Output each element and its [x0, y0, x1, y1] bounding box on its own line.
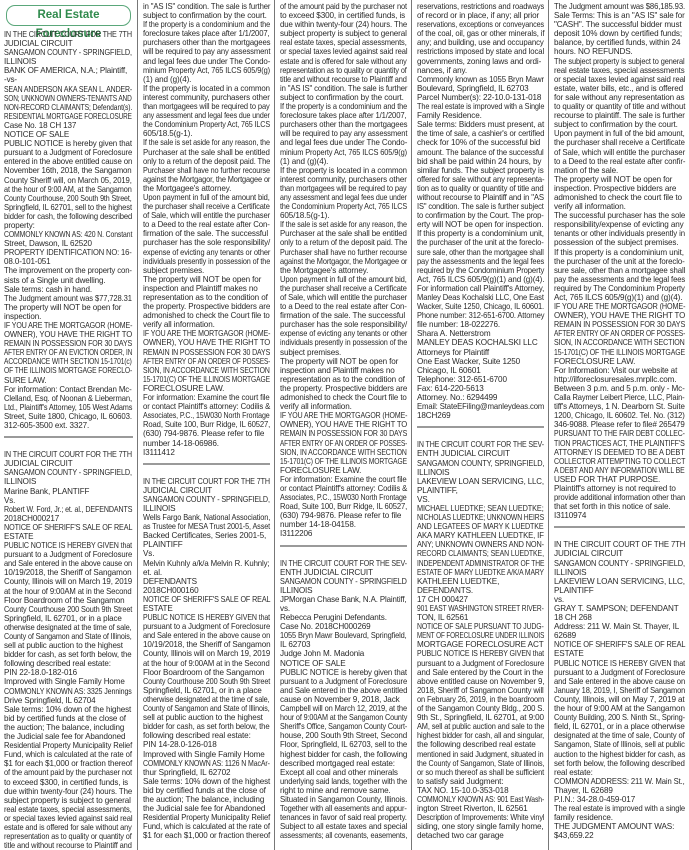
notice-text-line: inspection. Prospective bidders are: [554, 184, 685, 193]
notice-text-line: real estate taxes, special assessments: [554, 66, 681, 75]
notice-text-line: admonished to check the court file to: [554, 193, 685, 202]
notice-text-line: individuals presently in possession of t…: [143, 257, 257, 266]
notice-text-line: IN THE CIRCUIT COURT FOR THE 7TH: [4, 450, 119, 459]
notice-text-line: Phone number: 312-651-6700. Attorney: [417, 311, 534, 320]
notice-text-line: verify all information.: [554, 202, 685, 211]
notice-text-line: Email: StateEFiling@manleydeas.com: [417, 402, 537, 411]
notice-text-line: set forth below, the following described: [554, 759, 681, 768]
notice-text-line: Case No. 2018CH000269: [280, 622, 407, 631]
notice-text-line: mation of the sale.: [554, 166, 685, 175]
notice-text-line: OWNER), YOU HAVE THE RIGHT TO: [143, 338, 262, 347]
notice-text-line: right to mine and remove same.: [280, 786, 407, 795]
notice-text-line: NOTICE OF SALE PURSUANT TO JUDG-: [417, 622, 524, 631]
newspaper-page: Real Estate Foreclosure IN THE CIRCUIT C…: [0, 0, 689, 850]
notice-text-line: PUBLIC NOTICE is hereby given that: [4, 139, 130, 148]
notice-text-line: sure sale, other than the mortgagee shal…: [417, 248, 530, 257]
notice-text-line: The real estate is improved with a Singl…: [417, 102, 531, 111]
notice-text-line: at the hour of 9:00AM at in the Second: [4, 587, 126, 596]
notice-text-line: restrictions imposed by state and local: [417, 47, 538, 56]
notice-text-line: pursuant to a Judgment of Foreclosure: [4, 148, 126, 157]
notice-text-line: Improved with Single Family Home: [4, 677, 132, 686]
notice-text-line: OWNER), YOU HAVE THE RIGHT TO: [280, 420, 399, 429]
notice-text-line: or special taxes levied against said rea…: [4, 814, 125, 823]
notice-text-line: purchasers other than the mortgagees: [143, 38, 264, 47]
notice-text-line: any; and building, use and occupancy: [417, 38, 539, 47]
legal-notice: IN THE CIRCUIT COURT OF THE 7THJUDICIAL …: [554, 540, 685, 840]
notice-text-line: representation as to quality or quantity…: [280, 66, 394, 75]
notice-text-line: ESTATE: [4, 532, 132, 541]
notice-text-line: cause on November 9, 2018, Jack: [280, 695, 407, 704]
notice-text-line: Drive Springfield, IL 62704: [4, 696, 132, 705]
notice-text-line: thur Springfield, IL 62702: [143, 768, 270, 777]
notice-text-line: Clelland, Esq. of Noonan & Lieberman,: [4, 394, 125, 403]
notice-text-line: interest community, purchasers other: [143, 93, 268, 102]
notice-text-line: RECORD CLAIMANTS; SEAN LUEDTKE,: [417, 549, 525, 558]
notice-text-line: TON, IL 62561: [417, 613, 544, 622]
notice-text-line: subject property is subject to general: [4, 796, 132, 805]
notice-text-line: reservations, restrictions and roadways: [417, 2, 536, 11]
notice-text-line: 2018, Sheriff of Sangamon County will: [417, 686, 537, 695]
notice-text-line: bid shall be paid within 24 hours, by: [417, 157, 544, 166]
notice-text-line: Springfield, IL 62701, or in a place: [143, 686, 270, 695]
notice-text-line: JUDICIAL CIRCUIT: [4, 459, 132, 468]
notice-text-line: IL 62703: [280, 640, 407, 649]
notice-text-line: BANK OF AMERICA, N.A.; Plaintiff,: [4, 66, 132, 75]
notice-text-line: Purchaser shall have no further recourse: [280, 248, 394, 257]
notice-text-line: to quality or quantity of title and with…: [554, 102, 681, 111]
notice-text-line: IN THE CIRCUIT COURT FOR THE SEV-: [417, 440, 527, 449]
notice-text-line: COMMONLY KNOWN AS: 1126 N MacAr-: [143, 759, 252, 768]
notice-text-line: IN THE CIRCUIT COURT FOR THE 7TH: [143, 477, 255, 486]
notice-text-line: above entitled cause on November 9,: [417, 677, 541, 686]
notice-text-line: otherwise designated at the time of sale…: [143, 695, 257, 704]
notice-text-line: Campbell will on March 12, 2019, at the: [280, 704, 397, 713]
notice-text-line: DEFENDANTS.: [417, 586, 544, 595]
notice-text-line: IF YOU ARE THE MORTGAGOR (HOME-: [4, 321, 116, 330]
notice-text-line: and Sale entered by the Court in the: [417, 668, 544, 677]
notice-text-line: I3111412: [143, 448, 270, 457]
notice-text-line: reservations, exceptions or conveyances: [417, 20, 531, 29]
notice-text-line: $1 for each $1,000 or fraction thereof: [143, 831, 268, 840]
notice-text-line: JUDICIAL CIRCUIT: [554, 549, 685, 558]
notice-text-line: PUBLIC NOTICE IS HEREBY GIVEN that: [4, 541, 116, 550]
notice-text-line: 1055 Bryn Mawr Boulevard, Springfield,: [280, 631, 396, 640]
notice-text-line: OF THE ILLINOIS MORTGAGE FORECLO-: [4, 366, 111, 375]
notice-text-line: The successful purchaser has the sole: [554, 211, 682, 220]
notice-text-line: of Sale, which will entitle the purchase…: [554, 148, 681, 157]
notice-text-line: Wells Fargo Bank, National Association,: [143, 513, 259, 522]
notice-text-line: The property will NOT be open for: [4, 303, 132, 312]
notice-text-line: REMAIN IN POSSESSION FOR 30 DAYS: [4, 339, 116, 348]
notice-text-line: sell at public auction to the highest: [4, 641, 132, 650]
notice-text-line: and Sale entered in the above cause on: [143, 631, 259, 640]
notice-text-line: sell at public auction to the highest: [143, 713, 270, 722]
notice-text-line: Ltd., Plaintiff's Attorney, 105 West Ada…: [4, 403, 120, 412]
notice-text-line: field, IL 62701, or in a place otherwise: [554, 722, 684, 731]
notice-text-line: If the sale is set aside for any reason,…: [280, 220, 393, 229]
notice-text-line: on February 26, 2019, in the boardroom: [417, 695, 533, 704]
notice-text-line: 901 EAST WASHINGTON STREET RIVER-: [417, 604, 521, 613]
notice-text-line: et. al.: [143, 568, 270, 577]
notice-text-line: foreclosure takes place after 1/1/2007,: [143, 29, 263, 38]
notice-text-line: bid by certified funds at the close of: [143, 786, 270, 795]
notice-text-line: For Information: Visit our website at: [554, 366, 685, 375]
notice-text-line: NOTICE OF SHERIFF'S SALE OF REAL: [143, 595, 255, 604]
notice-text-line: auction to the highest bidder for cash, …: [554, 750, 676, 759]
notice-text-line: and Sale entered in the above entitled: [280, 686, 402, 695]
notice-text-line: Purchaser at the sale shall be entitled: [280, 229, 403, 238]
legal-notice: IN THE CIRCUIT COURT FOR THE 7THJUDICIAL…: [4, 30, 133, 430]
notice-text-line: Between 3 p.m. and 5 p.m. only - Mc-: [554, 384, 685, 393]
legal-notice-continued: reservations, restrictions and roadwayso…: [417, 2, 544, 420]
notice-text-line: the time of sale, a cashier's or certifi…: [417, 129, 538, 138]
notice-text-line: NOTICE OF SALE: [280, 659, 407, 668]
notice-text-line: P.I.N.: 34-28.0-459-017: [554, 795, 685, 804]
notice-text-line: County of Sangamon and State of Illinois…: [143, 704, 254, 713]
notice-text-line: and legal fees due under The Condo-: [280, 138, 404, 147]
notice-text-line: the purchaser shall receive a Certificat…: [554, 138, 678, 147]
notice-text-line: Case No. 18 CH 137: [4, 121, 132, 130]
notice-text-line: If this property is a condominium unit,: [417, 229, 541, 238]
notice-text-line: Family Residence.: [417, 111, 544, 120]
notice-text-line: bidder for cash, the following described: [4, 212, 125, 221]
notice-text-line: firmation of the sale. The successful: [143, 229, 270, 238]
notice-text-line: minium Property Act, 765 ILCS 605/9(g): [280, 148, 396, 157]
notice-text-line: Residential Property Municipality Relief: [4, 741, 125, 750]
notice-text-line: 08.0-101-051: [4, 257, 132, 266]
notice-text-line: or special taxes levied against said rea…: [280, 47, 399, 56]
notice-text-line: SANGAMON COUNTY - SPRINGFIELD,: [143, 495, 255, 504]
notice-text-line: http://ilforeclosuresales.mrpllc.com.: [554, 375, 685, 384]
notice-text-line: pursuant to a Judgment of Foreclosure: [554, 668, 681, 677]
notice-text-line: ILLINOIS: [4, 477, 132, 486]
notice-text-line: title and without recourse to Plaintiff …: [4, 841, 123, 850]
notice-text-line: foreclosure takes place after 1/1/2007,: [280, 111, 400, 120]
notice-text-line: Attorneys for Plaintiff: [417, 348, 544, 357]
notice-text-line: 9th St., Springfield, IL 62701, at 9:00: [417, 713, 544, 722]
notice-text-line: estate and is offered for sale without a…: [4, 823, 121, 832]
legal-notice: IN THE CIRCUIT COURT FOR THE SEV-ENTH JU…: [280, 559, 407, 841]
notice-text-line: only to a return of the deposit paid. Th…: [143, 157, 262, 166]
notice-text-line: 15-1701(C) OF THE ILLINOIS MORTGAGE: [143, 375, 248, 384]
notice-text-line: to exceed $300, in certified funds, is: [280, 11, 407, 20]
notice-text-line: ington Street Riverton, IL 62561: [417, 804, 544, 813]
notice-text-line: ACCORDANCE WITH SECTION 15-1701(c): [4, 357, 109, 366]
notice-text-line: hours. NO REFUNDS.: [554, 47, 685, 56]
notice-text-line: required by the Condominium Property: [417, 266, 536, 275]
notice-text-line: mentioned in said Judgment, situated in: [417, 750, 533, 759]
notice-text-line: Parcel Number(s): 22-10.0-131-018: [417, 93, 544, 102]
notice-text-line: One East Wacker, Suite 1250: [417, 357, 544, 366]
notice-text-line: Upon payment in full of the amount bid,: [280, 275, 398, 284]
notice-text-line: and legal fees due under The Condo-: [143, 57, 267, 66]
notice-text-line: amount. The balance of the successful: [417, 148, 536, 157]
notice-text-line: REMAIN IN POSSESSION FOR 30 DAYS: [280, 429, 389, 438]
notice-text-line: inspection and Plaintiff makes no: [143, 284, 270, 293]
notice-text-line: following described real estate:: [4, 659, 132, 668]
notice-text-line: subject property is subject to general: [280, 29, 406, 38]
notice-text-line: ATTORNEY IS DEEMED TO BE A DEBT: [554, 448, 673, 457]
notice-text-line: family residence.: [554, 813, 685, 822]
notice-text-line: NOTICE OF SHERIFF'S SALE OF REAL: [554, 640, 673, 649]
notice-text-line: highest bidder for cash, all and singula…: [417, 731, 534, 740]
notice-text-line: AFTER ENTRY OF AN EVICTION ORDER, IN: [4, 348, 105, 357]
notice-text-line: purchaser has the sole responsibility/: [280, 320, 405, 329]
notice-text-line: IF YOU ARE THE MORTGAGOR (HOME-: [554, 302, 670, 311]
notice-text-line: representation as to quality or quantity…: [4, 832, 120, 841]
notice-text-line: Sale terms: 10% down of the highest: [4, 705, 132, 714]
notice-text-line: for sale without any representation as: [554, 93, 685, 102]
notice-text-line: verify all information.: [143, 320, 270, 329]
legal-notice: IN THE CIRCUIT COURT FOR THE 7THJUDICIAL…: [143, 477, 270, 841]
notice-text-line: subject premises.: [143, 266, 270, 275]
notice-text-line: Road, Suite 100, Burr Ridge, IL 60527,: [143, 420, 262, 429]
notice-text-line: FORECLOSURE LAW.: [143, 384, 270, 393]
notice-text-line: TION PRACTICES ACT, THE PLAINTIFF'S: [554, 439, 667, 448]
notice-text-line: at the hour of 9:00 AM, at the Sangamon: [4, 185, 120, 194]
notice-text-line: vs.: [280, 604, 407, 613]
notice-text-line: IS" condition. The sale is further subje…: [417, 202, 534, 211]
notice-text-line: LAKEVIEW LOAN SERVICING, LLC,: [554, 577, 685, 586]
notice-text-line: due within twenty-four (24) hours. The: [4, 787, 129, 796]
notice-text-line: as Trustee for MESA Trust 2001-5, Asset: [143, 522, 257, 531]
notice-text-line: For information: Examine the court file: [143, 393, 264, 402]
notice-text-line: JUDICIAL CIRCUIT: [143, 486, 270, 495]
notice-text-line: DEFENDANTS: [143, 577, 270, 586]
notice-text-line: County, Illinois will on March 19, 2019: [4, 577, 130, 586]
notice-text-line: Telephone: 312-651-6700: [417, 375, 544, 384]
notice-text-line: similar funds. The subject property is: [417, 166, 543, 175]
notice-text-line: $1 for each $1,000 or fraction thereof: [4, 759, 132, 768]
notice-text-line: If this property is a condominium unit,: [554, 248, 685, 257]
notice-text-line: offered for sale without any representa-: [417, 175, 536, 184]
notice-text-line: Vs.: [143, 549, 270, 558]
notice-text-line: NOTICE OF SHERIFF'S SALE OF REAL: [4, 523, 119, 532]
notice-text-line: ENTH JUDICIAL CIRCUIT: [417, 449, 544, 458]
notice-divider: [417, 426, 544, 428]
notice-text-line: The real estate is improved with a singl…: [554, 804, 677, 813]
notice-text-line: Purchaser at the sale shall be entitled: [143, 148, 266, 157]
notice-text-line: 17 CH 000427: [417, 595, 544, 604]
notice-text-line: Manley Deas Kochalski LLC, One East: [417, 293, 536, 302]
notice-text-line: inspection.: [4, 312, 132, 321]
notice-text-line: erty will NOT be open for inspection.: [417, 220, 544, 229]
notice-text-line: OWNER), YOU HAVE THE RIGHT TO: [4, 330, 126, 339]
notice-text-line: representation as to the condition of: [143, 293, 270, 302]
notice-text-line: inspection and Plaintiff makes no: [280, 366, 407, 375]
notice-text-line: PIN 22-18.0-182-016: [4, 668, 132, 677]
notice-text-line: ILLINOIS: [4, 57, 132, 66]
notice-text-line: detached two car garage: [417, 831, 544, 840]
notice-text-line: purchaser has the sole responsibility/: [143, 238, 268, 247]
notice-text-line: any assessment and legal fees due under: [280, 193, 390, 202]
notice-text-line: than mortgagees will be required to pay: [280, 184, 397, 193]
notice-text-line: Road, Suite 100, Burr Ridge, IL 60527,: [280, 502, 399, 511]
notice-divider: [143, 463, 270, 465]
notice-text-line: COLLECTOR ATTEMPTING TO COLLECT: [554, 457, 667, 466]
notice-text-line: (630) 794-9876. Please refer to file: [143, 429, 270, 438]
notice-text-line: SON; UNKNOWN OWNERS-TENANTS AND: [4, 94, 107, 103]
notice-text-line: bidder for cash, as set forth below, the: [4, 650, 128, 659]
notice-text-line: Situated in Sangamon County, Illinois.: [280, 795, 402, 804]
notice-text-line: bid by certified funds at the close of: [4, 714, 132, 723]
notice-text-line: JPMorgan Chase Bank, N.A. Plaintiff,: [280, 595, 403, 604]
notice-text-line: For information: Contact Brendan Mc-: [4, 385, 129, 394]
notice-text-line: hour of 9:00AM at the Sangamon County: [280, 713, 393, 722]
notice-text-line: underlying said lands, together with the: [280, 777, 399, 786]
notice-text-line: The improvement on the property con-: [4, 266, 127, 275]
notice-text-line: purchasers other than the mortgagees: [280, 120, 401, 129]
notice-text-line: Fax: 614-220-5613: [417, 384, 544, 393]
notice-text-line: Attorney. No.: 6294499: [417, 393, 544, 402]
notice-text-line: admonished to check the Court file to: [143, 311, 267, 320]
notice-text-line: THE JUDGMENT AMOUNT WAS:: [554, 822, 685, 831]
notice-text-line: PUBLIC NOTICE IS HEREBY GIVEN that: [417, 649, 527, 658]
notice-text-line: IF YOU ARE THE MORTGAGOR (HOME-: [143, 329, 252, 338]
notice-text-line: verify all information.: [280, 402, 407, 411]
notice-text-line: otherwise designated at the time of sale…: [4, 623, 121, 632]
notice-text-line: $43,659.22: [554, 831, 685, 840]
notice-text-line: required by The Condominium Property: [554, 284, 678, 293]
notice-divider: [280, 545, 407, 547]
notice-text-line: If the property is located in a common: [280, 166, 403, 175]
notice-text-line: of the amount paid by the purchaser not: [280, 2, 396, 11]
notice-text-line: SANGAMON COUNTY, SPRINGFIELD,: [417, 459, 532, 468]
notice-text-line: the purchaser shall receive a Certificat…: [280, 284, 397, 293]
notice-text-line: siding, one story single family home,: [417, 822, 544, 831]
notice-text-line: bidder for cash, as set forth below, the: [143, 722, 264, 731]
notice-text-line: to confirmation by the Court. The prop-: [417, 211, 536, 220]
notice-text-line: Rebecca Perugini Defendants.: [280, 613, 407, 622]
section-header-badge: Real Estate Foreclosure: [6, 5, 131, 26]
notice-text-line: SANGAMON COUNTY - SPRINGFIELD,: [554, 559, 673, 568]
notice-text-line: AFTER ENTRY OF AN ORDER OF POSSES-: [280, 439, 380, 448]
notice-text-line: of the coal, oil, gas or other minerals,…: [417, 29, 537, 38]
notice-text-line: recourse to plaintiff. The sale is furth…: [554, 111, 683, 120]
notice-text-line: 10/19/2018, the Sheriff of Sangamon: [143, 640, 269, 649]
notice-text-line: will be required to pay any assessment: [280, 129, 399, 138]
notice-text-line: house, 200 South 9th Street, Second: [280, 731, 405, 740]
notice-text-line: check for 10% of the successful bid: [417, 138, 544, 147]
notice-text-line: 1200, Chicago, IL 60602. Tel. No. (312): [554, 411, 679, 420]
notice-text-line: real estate taxes, special assessments,: [280, 38, 398, 47]
notice-text-line: PLAINTIFF: [554, 586, 685, 595]
notice-text-line: due within twenty-four (24) hours. The: [280, 20, 402, 29]
notice-text-line: title and without recourse to Plaintiff …: [280, 75, 396, 84]
notice-text-line: For information call Plaintiff's Attorne…: [417, 284, 539, 293]
notice-text-line: Springfield, IL 62701, or in a place: [4, 614, 132, 623]
notice-text-line: 605/18.5(g-1).: [143, 129, 270, 138]
notice-text-line: sure sale, other than a mortgagee shall: [554, 266, 680, 275]
notice-text-line: responsibility/expense of evicting any: [554, 220, 685, 229]
notice-text-line: real estate taxes, special assessments,: [4, 805, 125, 814]
notice-text-line: assessments; all covenants, easements,: [280, 831, 394, 840]
notice-text-line: ESTATE OF MARY LUEDTKE A/K/A MARY: [417, 568, 522, 577]
notice-text-line: MENT OF FORECLOSURE UNDER ILLINOIS: [417, 631, 516, 640]
notice-text-line: ESTATE: [554, 649, 685, 658]
notice-divider: [4, 436, 133, 438]
notice-text-line: USED FOR THAT PURPOSE.: [554, 475, 685, 484]
notice-text-line: ESTATE: [143, 604, 270, 613]
notice-text-line: Melvin Kuhnly a/k/a Melvin R. Kuhnly;: [143, 559, 265, 568]
notice-text-line: the Judicial sale fee for Abandoned: [143, 804, 270, 813]
notice-text-line: 312-605-3500 ext. 3327.: [4, 421, 132, 430]
notice-text-line: Address: 211 W. Main St. Thayer, IL: [554, 622, 685, 631]
notice-text-line: provide additional information other tha…: [554, 493, 677, 502]
notice-text-line: COMMON ADDRESS: 211 W. Main St.,: [554, 777, 677, 786]
notice-text-line: VS.: [417, 495, 544, 504]
notice-text-line: the property. Prospective bidders are: [280, 384, 406, 393]
notice-text-line: Together with all easements and appur-: [280, 804, 397, 813]
notice-text-line: Sale Terms: This is an "AS IS" sale for: [554, 11, 683, 20]
notice-text-line: pursuant to a Judgment of Foreclosure: [4, 550, 126, 559]
notice-text-line: number 14-18-04158.: [280, 520, 407, 529]
notice-text-line: SANGAMON COUNTY - SPRINGFIELD,: [4, 468, 119, 477]
notice-text-line: Springfield, IL 62701, sell to the highe…: [4, 203, 125, 212]
notice-text-line: Robert W. Ford, Jr.; et. al., DEFENDANTS: [4, 505, 116, 514]
notice-text-line: 2018CH000160: [143, 586, 270, 595]
notice-text-line: subject to confirmation by the court.: [143, 11, 270, 20]
notice-text-line: to a Deed to the real estate after Con-: [280, 302, 402, 311]
notice-text-line: SANGAMON COUNTY - SPRINGFIELD,: [4, 48, 119, 57]
notice-text-line: entered in the above entitled cause on: [4, 157, 128, 166]
notice-text-line: NOTICE OF SALE: [4, 130, 132, 139]
notice-text-line: to a Deed to the real estate after confi…: [554, 157, 680, 166]
column-4: reservations, restrictions and roadwayso…: [411, 0, 548, 850]
notice-text-line: County, Illinois will on March 19, 2019: [143, 649, 266, 658]
notice-text-line: County of Sangamon and State of Illinois…: [4, 632, 118, 641]
notice-text-line: -vs-: [4, 75, 132, 84]
notice-text-line: possession of the subject premises.: [554, 238, 685, 247]
notice-text-line: number 14-18-06986.: [143, 439, 270, 448]
notice-text-line: AFTER ENTRY OF AN ORDER OF POSSES-: [554, 329, 660, 338]
notice-text-line: sists of a Single unit dwelling.: [4, 276, 132, 285]
notice-text-line: Shara A. Netterstrom: [417, 329, 544, 338]
column-1: Real Estate Foreclosure IN THE CIRCUIT C…: [0, 0, 137, 850]
notice-text-line: Floor, Springfield, IL 62703, sell to th…: [280, 740, 403, 749]
notice-text-line: of the Sangamon County Bldg., 200 S.: [417, 704, 537, 713]
notice-text-line: 18CH269: [417, 411, 544, 420]
notice-text-line: 605/18.5(g-1).: [280, 211, 407, 220]
notice-text-line: following described real estate:: [143, 731, 270, 740]
notice-text-line: OWNER), YOU HAVE THE RIGHT TO: [554, 311, 681, 320]
notice-text-line: Upon payment in full of the bid amount,: [554, 129, 679, 138]
notice-text-line: in "AS IS" condition. The sale is furthe…: [143, 2, 263, 11]
notice-text-line: only to a return of the deposit paid. Th…: [280, 238, 399, 247]
legal-notice-continued: The Judgment amount was $86,185.93.Sale …: [554, 2, 685, 520]
notice-text-line: Sale terms: cash in hand.: [4, 285, 132, 294]
notice-text-line: 15-1701(C) OF THE ILLINOIS MORTGAGE: [554, 348, 665, 357]
notice-text-line: SION, IN ACCORDANCE WITH SECTION: [143, 366, 251, 375]
notice-text-line: The property will NOT be open for: [143, 275, 270, 284]
notice-text-line: ILLINOIS: [554, 568, 685, 577]
notice-text-line: County Courthouse 200 South 9th Street: [4, 605, 120, 614]
notice-text-line: Street, Suite 1800, Chicago, IL 60603.: [4, 412, 128, 421]
notice-text-line: IF YOU ARE THE MORTGAGOR (HOME-: [280, 411, 389, 420]
notice-text-line: Boulevard, Springfield, IL 62703: [417, 84, 544, 93]
notice-text-line: the purchaser of the unit at the foreclo…: [417, 238, 536, 247]
notice-text-line: individuals presently in possession of t…: [280, 338, 394, 347]
notice-text-line: FORECLOSURE LAW.: [554, 357, 685, 366]
notice-text-line: MANLEY DEAS KOCHALSKI LLC: [417, 338, 544, 347]
notice-text-line: For information: Examine the court file: [280, 475, 401, 484]
notice-text-line: COMMONLY KNOWN AS: 3325 Jennings: [4, 687, 116, 696]
notice-text-line: Plaintiff's attorney is not required to: [554, 484, 685, 493]
notice-text-line: pursuant to a Judgment of Foreclosure: [143, 622, 262, 631]
notice-text-line: AM, sell at public auction and sale to t…: [417, 722, 532, 731]
notice-text-line: tenances in favor of said real property.: [280, 813, 401, 822]
notice-text-line: will be required to pay any assessment: [143, 47, 262, 56]
